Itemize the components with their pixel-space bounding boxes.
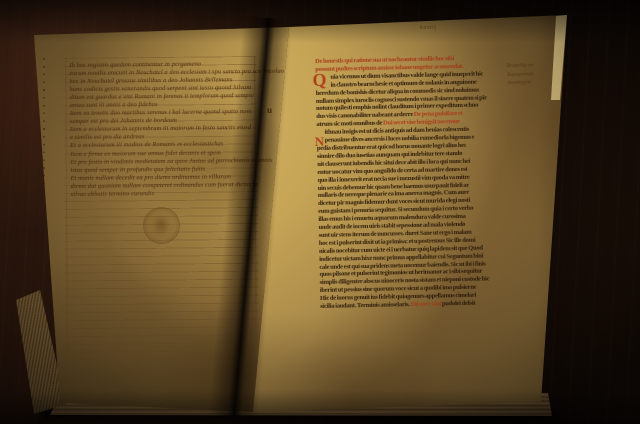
manuscript-photo: Ih hoc registro quedam continentur in pe… [0,0,640,424]
photo-vignette [0,0,640,424]
